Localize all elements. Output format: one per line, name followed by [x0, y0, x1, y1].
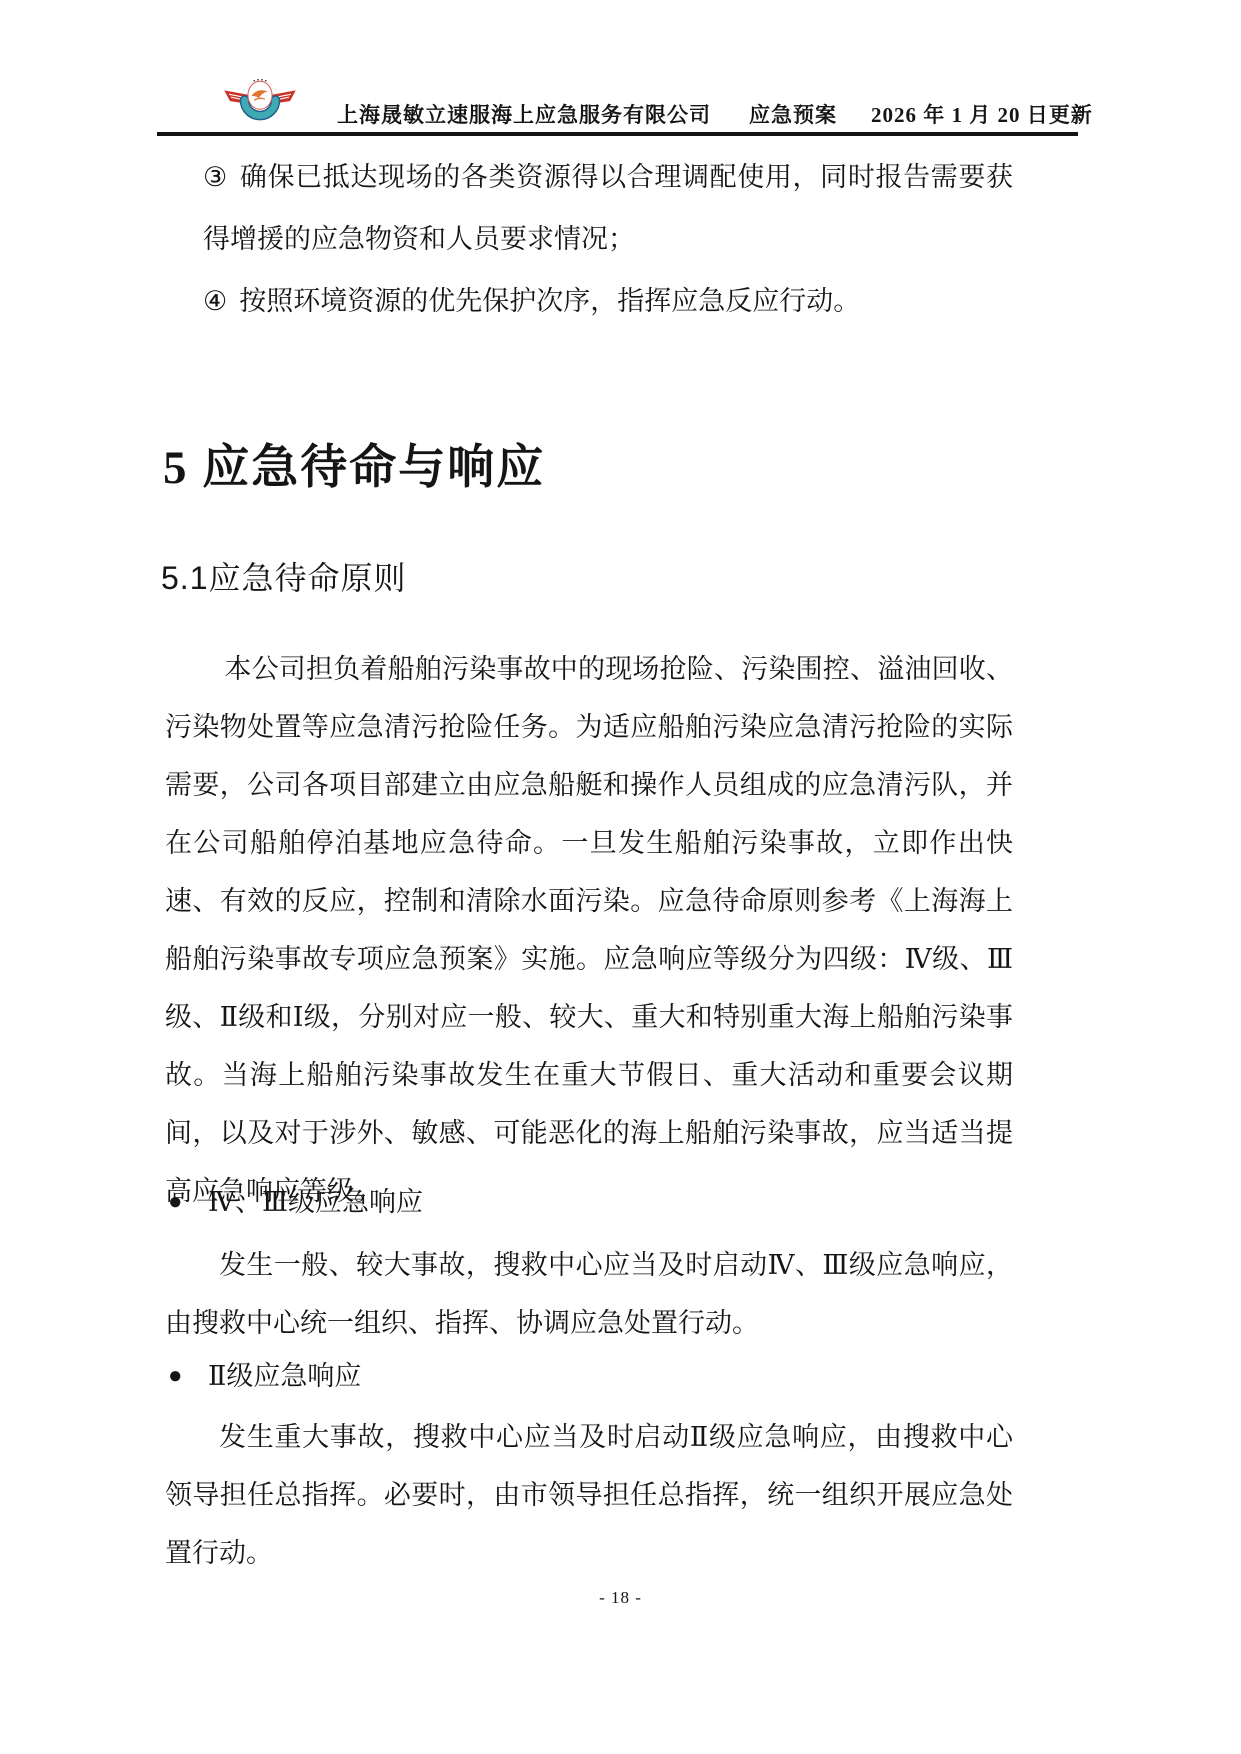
- bullet-2-body: 发生重大事故，搜救中心应当及时启动Ⅱ级应急响应，由搜救中心领导担任总指挥。必要时…: [165, 1408, 1013, 1582]
- bullet-1-body: 发生一般、较大事故，搜救中心应当及时启动Ⅳ、Ⅲ级应急响应，由搜救中心统一组织、指…: [165, 1236, 1013, 1352]
- bullet-item-1: ● Ⅳ、Ⅲ级应急响应: [168, 1182, 423, 1222]
- page-number: - 18 -: [0, 1588, 1241, 1608]
- page-header: 上海晟敏立速服海上应急服务有限公司 应急预案 2026 年 1 月 20 日更新: [157, 72, 1078, 136]
- numbered-item-list: ③确保已抵达现场的各类资源得以合理调配使用，同时报告需要获得增援的应急物资和人员…: [203, 146, 1013, 332]
- numbered-item-3-text: 确保已抵达现场的各类资源得以合理调配使用，同时报告需要获得增援的应急物资和人员要…: [203, 162, 1013, 254]
- bullet-icon: ●: [168, 1182, 208, 1222]
- document-type: 应急预案: [749, 102, 837, 128]
- document-page: 上海晟敏立速服海上应急服务有限公司 应急预案 2026 年 1 月 20 日更新…: [0, 0, 1241, 1754]
- update-date: 2026 年 1 月 20 日更新: [871, 102, 1093, 128]
- subsection-title: 5.1应急待命原则: [161, 553, 407, 599]
- item-number-3: ③: [203, 162, 228, 192]
- header-text-row: 上海晟敏立速服海上应急服务有限公司 应急预案 2026 年 1 月 20 日更新: [219, 102, 1078, 128]
- company-name: 上海晟敏立速服海上应急服务有限公司: [337, 102, 711, 128]
- item-number-4: ④: [203, 286, 227, 316]
- bullet-icon: ●: [168, 1356, 208, 1396]
- section-title: 5 应急待命与响应: [163, 430, 545, 497]
- bullet-1-label: Ⅳ、Ⅲ级应急响应: [208, 1182, 423, 1222]
- body-paragraph: 本公司担负着船舶污染事故中的现场抢险、污染围控、溢油回收、污染物处置等应急清污抢…: [165, 640, 1013, 1220]
- numbered-item-3: ③确保已抵达现场的各类资源得以合理调配使用，同时报告需要获得增援的应急物资和人员…: [203, 146, 1013, 270]
- numbered-item-4-text: 按照环境资源的优先保护次序，指挥应急反应行动。: [239, 286, 860, 316]
- bullet-2-label: Ⅱ级应急响应: [208, 1356, 361, 1396]
- numbered-item-4: ④按照环境资源的优先保护次序，指挥应急反应行动。: [203, 270, 1013, 332]
- bullet-item-2: ● Ⅱ级应急响应: [168, 1356, 361, 1396]
